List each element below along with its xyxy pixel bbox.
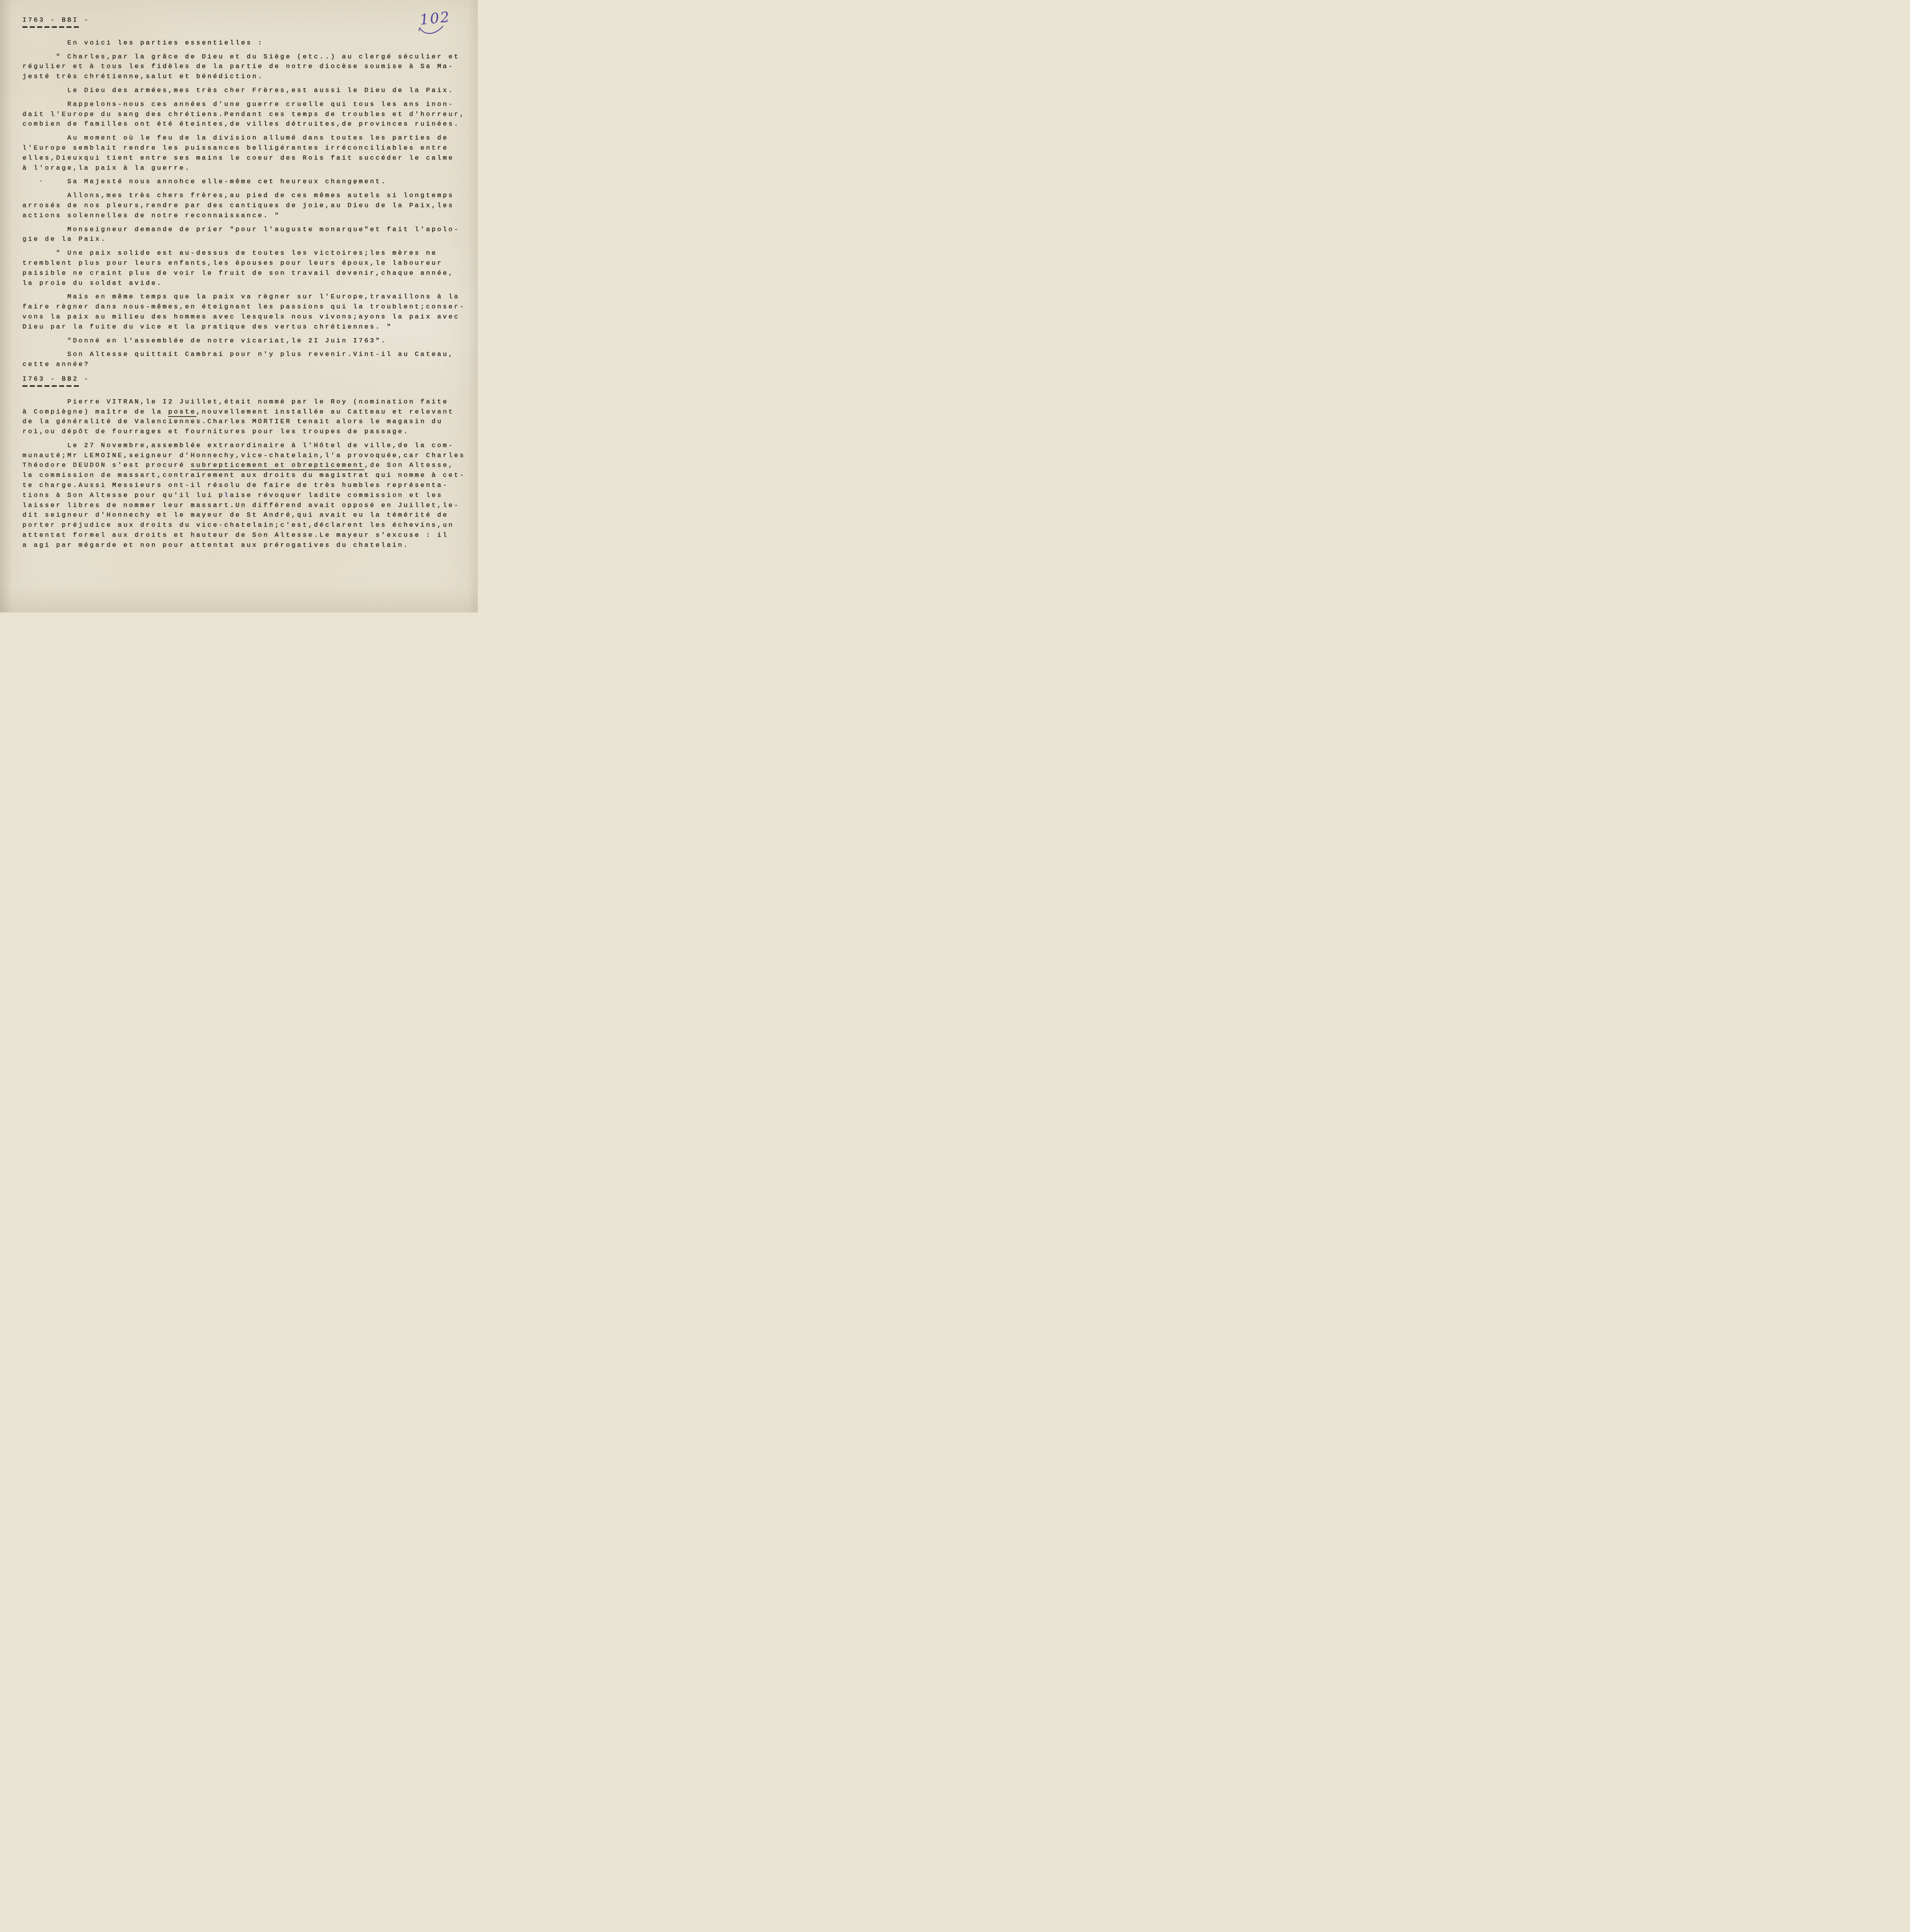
text-line: tremblent plus pour leurs enfants,les ép… — [22, 259, 462, 269]
text-line: Pierre VITRAN,le I2 Juillet,était nommé … — [22, 397, 462, 407]
paragraph: " Une paix solide est au-dessus de toute… — [22, 248, 462, 288]
paragraph: Monseigneur demande de prier "pour l'aug… — [22, 225, 462, 245]
paragraph: Son Altesse quittait Cambrai pour n'y pl… — [22, 350, 462, 370]
text-line: Dieu par la fuite du vice et la pratique… — [22, 322, 462, 332]
text-line: Allons,mes très chers frères,au pied de … — [22, 191, 462, 201]
text-line: Le Dieu des armées,mes très cher Frères,… — [22, 86, 462, 96]
paragraph: "Donné en l'assemblée de notre vicariat,… — [22, 336, 462, 346]
dashed-underline — [22, 26, 81, 28]
text-line: dait l'Europe du sang des chrétiens.Pend… — [22, 110, 462, 120]
text-line: roi,ou dépôt de fourrages et fournitures… — [22, 427, 462, 437]
text-line: dit seigneur d'Honnechy et le mayeur de … — [22, 510, 462, 520]
section-body-bb1: En voici les parties essentielles : " Ch… — [22, 38, 462, 370]
paragraph: Rappelons-nous ces années d'une guerre c… — [22, 100, 462, 129]
paragraph: Pierre VITRAN,le I2 Juillet,était nommé … — [22, 397, 462, 437]
text-line: la proie du soldat avide. — [22, 279, 462, 289]
text-line: Mais en même temps que la paix va règner… — [22, 292, 462, 302]
text-line: l'Europe semblait rendre les puissances … — [22, 143, 462, 153]
text-line: munauté;Mr LEMOINE,seigneur d'Honnechy,v… — [22, 451, 462, 461]
text-line: arrosés de nos pleurs,rendre par des can… — [22, 201, 462, 211]
text-line: " Charles,par la grâce de Dieu et du Siè… — [22, 52, 462, 62]
text-line: de la généralité de Valenciennes.Charles… — [22, 417, 462, 427]
paragraph: Au moment où le feu de la division allum… — [22, 133, 462, 173]
section-heading-bb2: I763 - BB2 - — [22, 374, 90, 384]
text-line: régulier et à tous les fidèles de la par… — [22, 62, 462, 72]
paragraph: Allons,mes très chers frères,au pied de … — [22, 191, 462, 221]
text-line: faire règner dans nous-mêmes,en éteignan… — [22, 302, 462, 312]
section-heading-bb1: I763 - BBI - — [22, 15, 90, 26]
paragraph: " Charles,par la grâce de Dieu et du Siè… — [22, 52, 462, 82]
text-line: Le 27 Novembre,assemblée extraordinaire … — [22, 441, 462, 451]
text-line: actions solennelles de notre reconnaissa… — [22, 211, 462, 221]
text-line: tions à Son Altesse pour qu'il lui plais… — [22, 491, 462, 501]
text-line: à Compiègne) maître de la poste,nouvelle… — [22, 407, 462, 417]
paragraph: Le 27 Novembre,assemblée extraordinaire … — [22, 441, 462, 551]
section-heading-block-bb1: I763 - BBI - — [22, 15, 462, 28]
dashed-underline — [22, 385, 81, 387]
text-line: " Une paix solide est au-dessus de toute… — [22, 248, 462, 259]
text-line: Au moment où le feu de la division allum… — [22, 133, 462, 143]
text-line: à l'orage,la paix à la guerre. — [22, 163, 462, 173]
text-line: paisible ne craint plus de voir le fruit… — [22, 269, 462, 279]
text-line: "Donné en l'assemblée de notre vicariat,… — [22, 336, 462, 346]
text-line: te charge.Aussi Messieurs ont-il résolu … — [22, 481, 462, 491]
text-line: jesté très chrétienne,salut et bénédicti… — [22, 72, 462, 82]
text-line: elles,Dieuxqui tient entre ses mains le … — [22, 153, 462, 163]
text-line: combien de familles ont été éteintes,de … — [22, 119, 462, 129]
text-line: Rappelons-nous ces années d'une guerre c… — [22, 100, 462, 110]
text-line: Monseigneur demande de prier "pour l'aug… — [22, 225, 462, 235]
text-line: Sa Majesté nous annohce elle-même cet he… — [22, 177, 462, 187]
text-line: laisser libres de nommer leur massart.Un… — [22, 501, 462, 511]
text-line: porter préjudice aux droits du vice-chat… — [22, 520, 462, 531]
text-line: Théodore DEUDON s'est procuré subreptice… — [22, 461, 462, 471]
pen-flourish-underline — [417, 25, 447, 37]
text-line: attentat formel aux droits et hauteur de… — [22, 531, 462, 541]
paragraph: Mais en même temps que la paix va règner… — [22, 292, 462, 332]
paragraph: Le Dieu des armées,mes très cher Frères,… — [22, 86, 462, 96]
text-line: Son Altesse quittait Cambrai pour n'y pl… — [22, 350, 462, 360]
text-line: la commission de massart,contrairement a… — [22, 471, 462, 481]
text-line: cette année? — [22, 360, 462, 370]
section-body-bb2: Pierre VITRAN,le I2 Juillet,était nommé … — [22, 397, 462, 551]
scanned-document-page: I763 - BBI - En voici les parties essent… — [0, 0, 478, 612]
text-line: En voici les parties essentielles : — [22, 38, 462, 48]
paragraph: Sa Majesté nous annohce elle-même cet he… — [22, 177, 462, 187]
text-line: a agi par mégarde et non pour attentat a… — [22, 541, 462, 551]
text-line: gie de la Paix. — [22, 235, 462, 245]
ink-speck — [40, 180, 41, 182]
paragraph: En voici les parties essentielles : — [22, 38, 462, 48]
text-line: vons la paix au milieu des hommes avec l… — [22, 312, 462, 322]
section-heading-block-bb2: I763 - BB2 - — [22, 374, 462, 387]
typewritten-content: I763 - BBI - En voici les parties essent… — [0, 0, 478, 551]
